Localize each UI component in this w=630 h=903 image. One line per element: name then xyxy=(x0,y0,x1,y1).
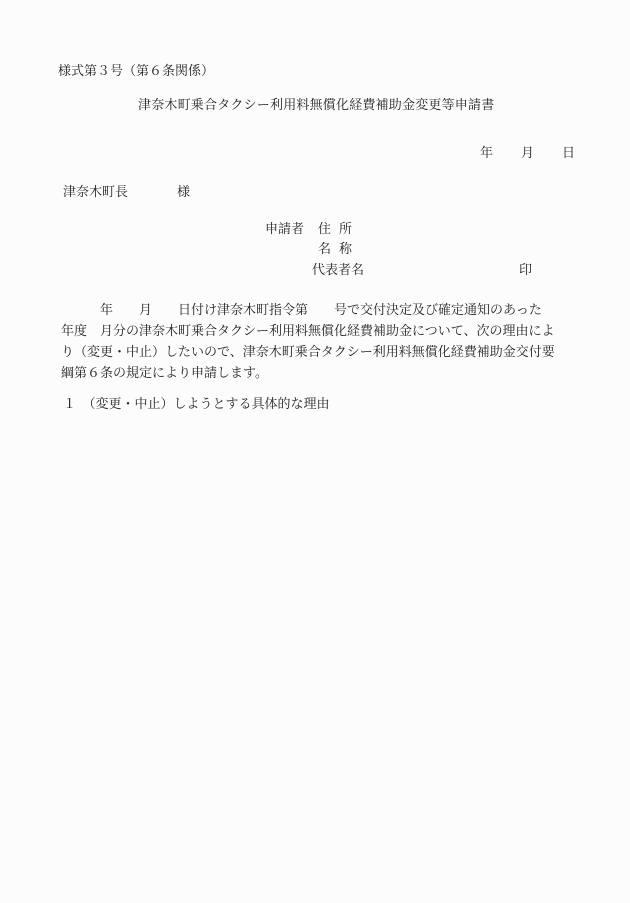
representative-label: 代表者名 xyxy=(312,263,364,279)
date-year-label: 年 xyxy=(480,146,493,162)
body-line: り（変更・中止）したいので、津奈木町乗合タクシー利用料無償化経費補助金交付要 xyxy=(61,342,581,363)
body-line: 綱第６条の規定により申請します。 xyxy=(61,363,581,384)
body-line: 年度 月分の津奈木町乗合タクシー利用料無償化経費補助金について、次の理由によ xyxy=(61,321,581,342)
document-title: 津奈木町乗合タクシー利用料無償化経費補助金変更等申請書 xyxy=(138,98,494,114)
date-month-label: 月 xyxy=(521,146,534,162)
item-reason-heading: １ （変更・中止）しようとする具体的な理由 xyxy=(63,397,330,413)
addressee-name: 津奈木町長 xyxy=(63,185,128,201)
seal-label: 印 xyxy=(519,263,532,279)
date-day-label: 日 xyxy=(562,146,575,162)
form-number: 様式第３号（第６条関係） xyxy=(58,64,214,80)
addressee-suffix: 様 xyxy=(177,185,190,201)
body-line: 年 月 日付け津奈木町指令第 号で交付決定及び確定通知のあった xyxy=(61,300,581,321)
applicant-label: 申請者 xyxy=(265,222,304,238)
name-label: 名称 xyxy=(318,242,360,258)
address-label: 住所 xyxy=(318,222,360,238)
body-paragraph: 年 月 日付け津奈木町指令第 号で交付決定及び確定通知のあった 年度 月分の津奈… xyxy=(61,300,581,384)
